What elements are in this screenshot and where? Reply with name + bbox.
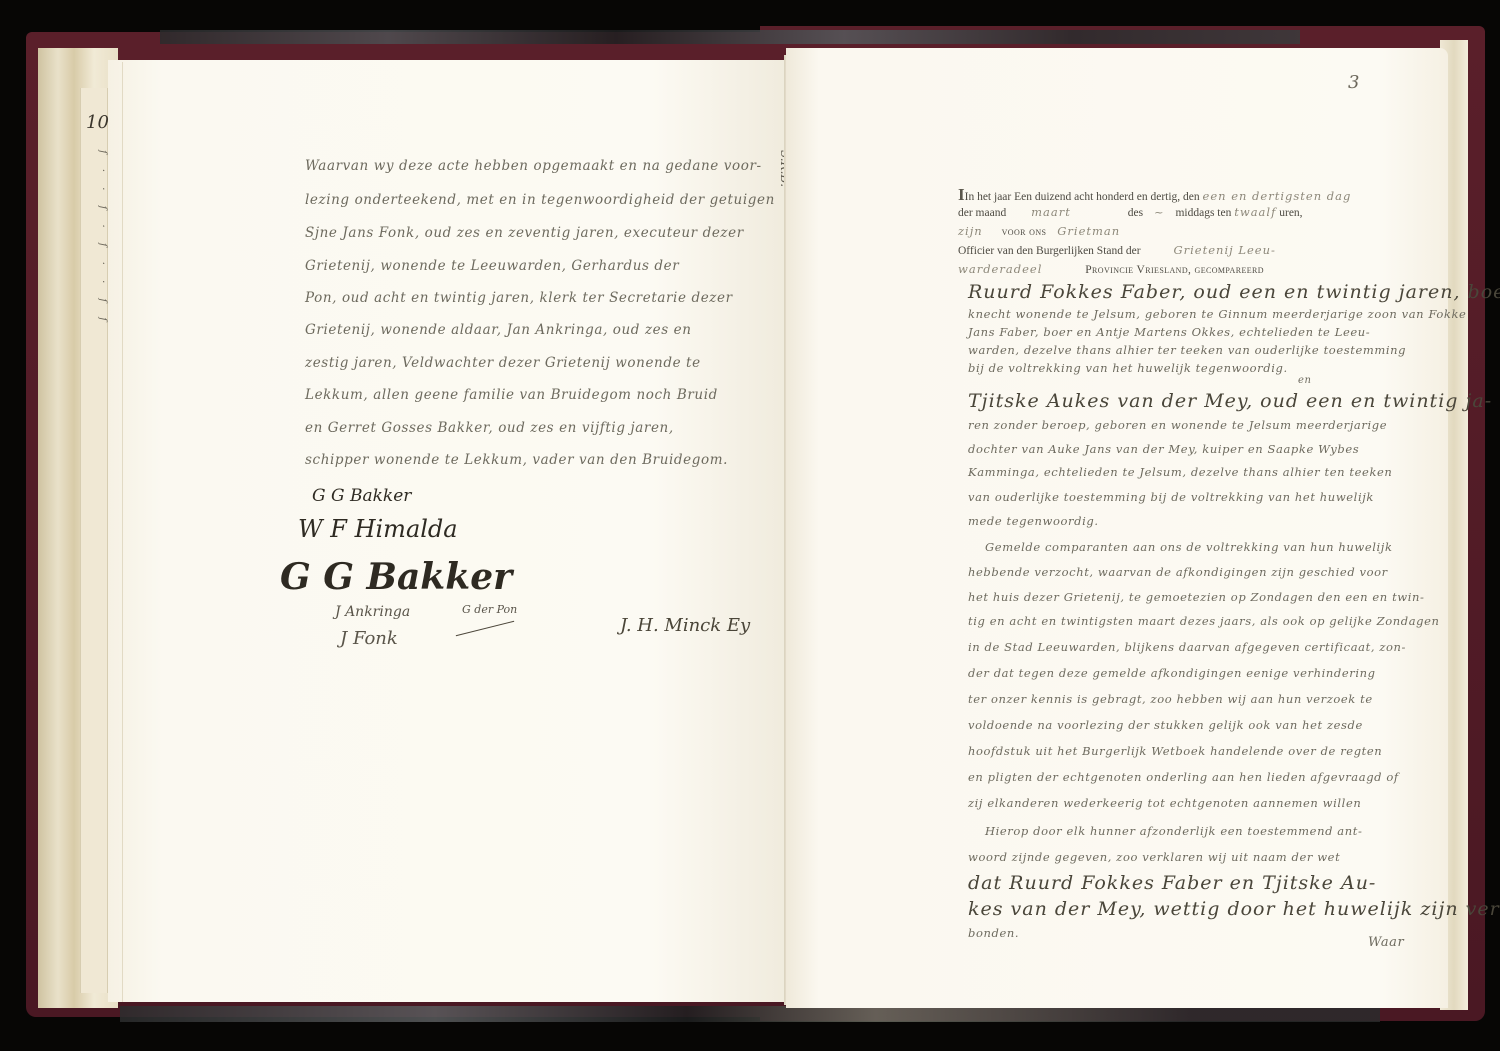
text-line: schipper wonende te Lekkum, vader van de… (305, 452, 728, 468)
printed-text: Officier van den Burgerlijken Stand der (958, 245, 1141, 257)
text-line: Hierop door elk hunner afzonderlijk een … (985, 824, 1362, 838)
folio-number: 3 (1348, 72, 1359, 93)
text-line: woord zijnde gegeven, zoo verklaren wij … (968, 850, 1340, 864)
text-line: lezing onderteekend, met en in tegenwoor… (305, 192, 775, 208)
text-line: hebbende verzocht, waarvan de afkondigin… (968, 565, 1388, 579)
printed-text: uren, (1279, 207, 1302, 219)
text-line: Lekkum, allen geene familie van Bruidego… (305, 387, 718, 403)
text-line: bonden. (968, 926, 1019, 940)
text-line: Gemelde comparanten aan ons de voltrekki… (985, 540, 1393, 554)
printed-text: voor ons (1002, 226, 1047, 238)
text-line: en Gerret Gosses Bakker, oud zes en vijf… (305, 420, 674, 436)
filled-municipality: warderadeel (958, 262, 1042, 276)
filled-month: maart (1031, 205, 1071, 219)
text-line: Jans Faber, boer en Antje Martens Okkes,… (968, 325, 1370, 339)
marbled-edge-bottom (120, 1006, 1380, 1022)
signature: J Fonk (340, 628, 398, 649)
signature: J Ankringa (335, 604, 410, 620)
text-line: van ouderlijke toestemming bij de voltre… (968, 490, 1374, 504)
filled-municipality: Grietenij Leeu- (1173, 243, 1275, 257)
text-line: Grietenij, wonende te Leeuwarden, Gerhar… (305, 258, 679, 274)
text-line: voldoende na voorlezing der stukken geli… (968, 718, 1363, 732)
text-line: Kamminga, echtelieden te Jelsum, dezelve… (968, 465, 1392, 479)
text-line: Pon, oud acht en twintig jaren, klerk te… (305, 290, 733, 306)
form-line-3: zijn voor ons Grietman (958, 224, 1120, 238)
left-page-edge (122, 62, 123, 1002)
marbled-edge-top (160, 30, 1300, 44)
margin-index-marks: ſ · · ſ · ſ · · ſ ſ (92, 150, 108, 570)
filled-hour: twaalf (1234, 205, 1276, 219)
form-line-5: warderadeel Provincie Vriesland, gecompa… (958, 262, 1264, 276)
text-line: ter onzer kennis is gebragt, zoo hebben … (968, 692, 1373, 706)
groom-line: Ruurd Fokkes Faber, oud een en twintig j… (968, 281, 1500, 303)
text-line: mede tegenwoordig. (968, 514, 1099, 528)
bride-line: Tjitske Aukes van der Mey, oud een en tw… (968, 390, 1492, 412)
margin-page-number: 10 (86, 112, 109, 133)
text-line: Waarvan wy deze acte hebben opgemaakt en… (305, 158, 762, 174)
filled-official: Grietman (1057, 224, 1120, 238)
signature: G der Pon (462, 603, 517, 616)
couple-line: kes van der Mey, wettig door het huwelij… (968, 898, 1500, 920)
filled-text: zijn (958, 224, 983, 238)
text-line: dochter van Auke Jans van der Mey, kuipe… (968, 442, 1359, 456)
filled-mark: ~ (1154, 205, 1165, 219)
text-line: warden, dezelve thans alhier ter teeken … (968, 343, 1406, 357)
text-line: Sjne Jans Fonk, oud zes en zeventig jare… (305, 225, 744, 241)
catchword: Waar (1368, 935, 1404, 950)
couple-line: dat Ruurd Fokkes Faber en Tjitske Au- (968, 872, 1376, 894)
form-line-2: der maand maart des ~ middags ten twaalf… (958, 205, 1303, 219)
text-line: ren zonder beroep, geboren en wonende te… (968, 418, 1387, 432)
printed-text: des (1128, 207, 1143, 219)
conjunction: en (1298, 375, 1312, 386)
text-line: bij de voltrekking van het huwelijk tege… (968, 361, 1288, 375)
printed-text: middags ten (1175, 207, 1231, 219)
text-line: zij elkanderen wederkeerig tot echtgenot… (968, 796, 1361, 810)
text-line: in de Stad Leeuwarden, blijkens daarvan … (968, 640, 1406, 654)
text-line: het huis dezer Grietenij, te gemoetezien… (968, 590, 1425, 604)
text-line: Grietenij, wonende aldaar, Jan Ankringa,… (305, 322, 692, 338)
signature: W F Himalda (298, 515, 458, 543)
signature: G G Bakker (280, 556, 512, 598)
printed-text: der maand (958, 207, 1006, 219)
signature: G G Bakker (312, 486, 411, 506)
signature: J. H. Minck Ey (620, 615, 750, 636)
scanned-register-image: 10 ſ · · ſ · ſ · · ſ ſ Waarvan wy deze a… (0, 0, 1500, 1051)
text-line: tig en acht en twintigsten maart dezes j… (968, 614, 1440, 628)
filled-day: een en dertigsten dag (1203, 189, 1352, 203)
text-line: der dat tegen deze gemelde afkondigingen… (968, 666, 1376, 680)
printed-text: Provincie Vriesland, gecompareerd (1085, 264, 1264, 276)
form-line-1: IIn het jaar Een duizend acht honderd en… (958, 185, 1351, 205)
text-line: knecht wonende te Jelsum, geboren te Gin… (968, 307, 1466, 321)
form-line-4: Officier van den Burgerlijken Stand der … (958, 243, 1276, 257)
text-line: hoofdstuk uit het Burgerlijk Wetboek han… (968, 744, 1382, 758)
printed-text: In het jaar Een duizend acht honderd en … (965, 191, 1200, 203)
text-line: en pligten der echtgenoten onderling aan… (968, 770, 1399, 784)
text-line: zestig jaren, Veldwachter dezer Grieteni… (305, 355, 701, 371)
